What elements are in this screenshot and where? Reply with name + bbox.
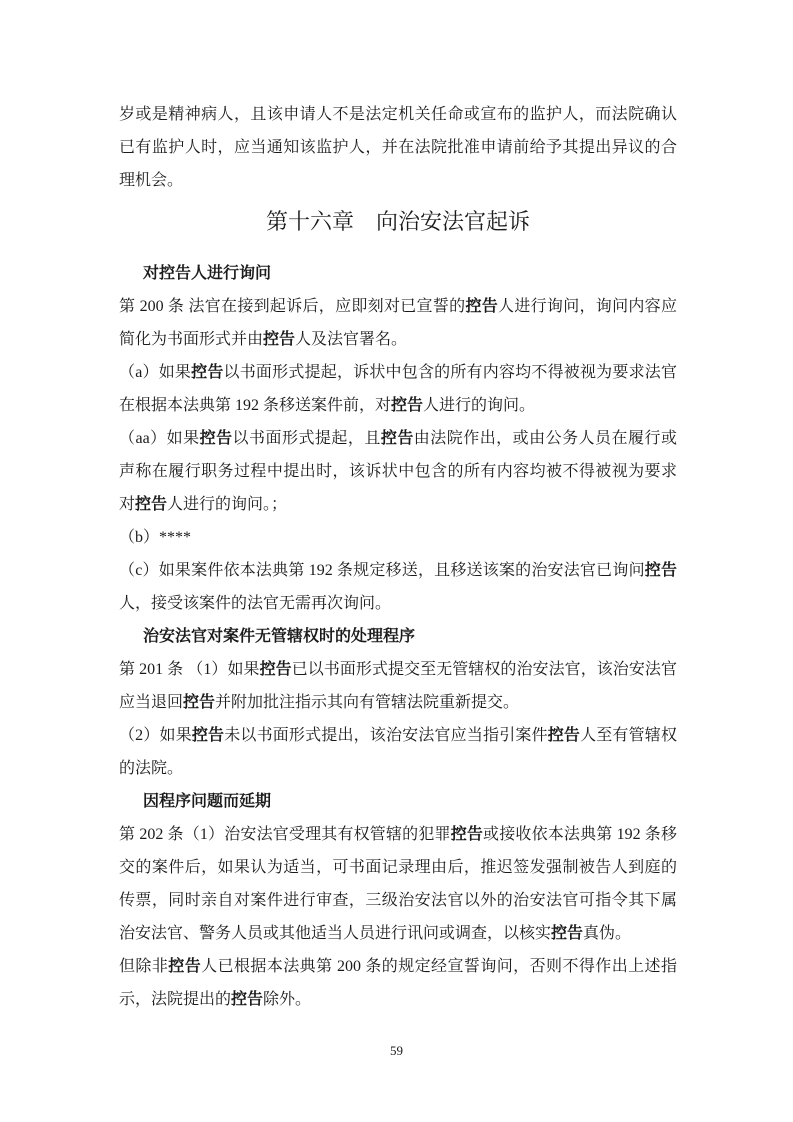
paragraph-section-200-c: （c）如果案件依本法典第 192 条规定移送，且移送该案的治安法官已询问控告人，… xyxy=(119,554,677,620)
chapter-title: 第十六章 向治安法官起诉 xyxy=(119,203,677,241)
paragraph-section-202-1: 第 202 条（1）治安法官受理其有权管辖的犯罪控告或接收依本法典第 192 条… xyxy=(119,818,677,950)
paragraph-section-200-b: （b）**** xyxy=(119,521,677,554)
paragraph-section-200-aa: （aa）如果控告以书面形式提起，且控告由法院作出，或由公务人员在履行或声称在履行… xyxy=(119,422,677,521)
paragraph-section-201-2: （2）如果控告未以书面形式提出，该治安法官应当指引案件控告人至有管辖权的法院。 xyxy=(119,719,677,785)
section-heading-postponement: 因程序问题而延期 xyxy=(119,785,677,818)
paragraph-section-200-a: （a）如果控告以书面形式提起，诉状中包含的所有内容均不得被视为要求法官在根据本法… xyxy=(119,356,677,422)
section-heading-no-jurisdiction-procedure: 治安法官对案件无管辖权时的处理程序 xyxy=(119,620,677,653)
paragraph-guardian-continuation: 岁或是精神病人，且该申请人不是法定机关任命或宣布的监护人，而法院确认已有监护人时… xyxy=(119,98,677,197)
paragraph-section-201-1: 第 201 条 （1）如果控告已以书面形式提交至无管辖权的治安法官，该治安法官应… xyxy=(119,653,677,719)
document-content: 岁或是精神病人，且该申请人不是法定机关任命或宣布的监护人，而法院确认已有监护人时… xyxy=(119,98,677,1016)
paragraph-section-200: 第 200 条 法官在接到起诉后，应即刻对已宣誓的控告人进行询问，询问内容应简化… xyxy=(119,290,677,356)
paragraph-section-202-proviso: 但除非控告人已根据本法典第 200 条的规定经宣誓询问，否则不得作出上述指示，法… xyxy=(119,950,677,1016)
document-page: 岁或是精神病人，且该申请人不是法定机关任命或宣布的监护人，而法院确认已有监护人时… xyxy=(0,0,793,1122)
page-number: 59 xyxy=(0,1043,793,1059)
section-heading-examination-of-complainant: 对控告人进行询问 xyxy=(119,257,677,290)
